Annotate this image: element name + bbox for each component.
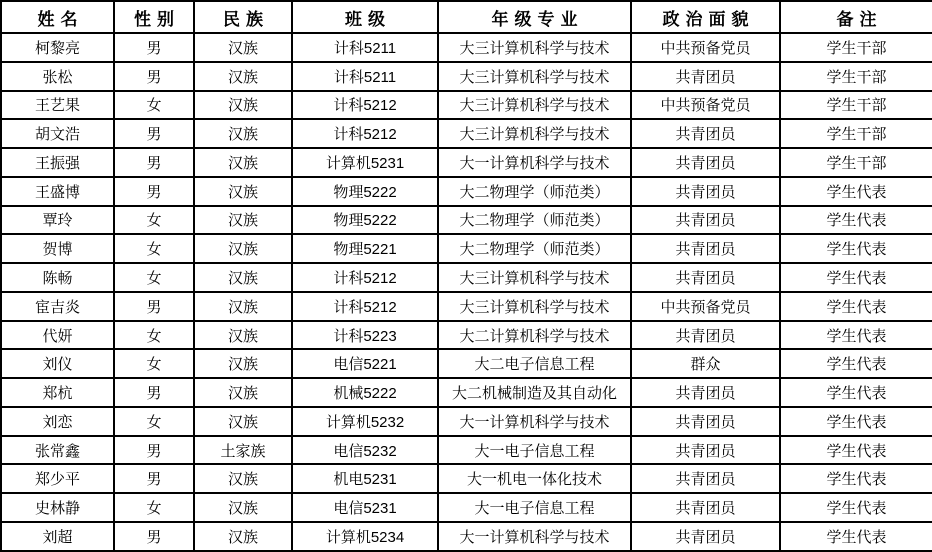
cell-ethnicity: 汉族	[194, 148, 292, 177]
cell-remark: 学生代表	[780, 206, 932, 235]
cell-class: 机械5222	[292, 378, 438, 407]
cell-political_status: 中共预备党员	[631, 91, 780, 120]
cell-class: 计科5212	[292, 91, 438, 120]
cell-political_status: 共青团员	[631, 62, 780, 91]
cell-gender: 女	[114, 349, 194, 378]
cell-grade_major: 大一电子信息工程	[438, 493, 631, 522]
cell-name: 陈畅	[1, 263, 114, 292]
cell-remark: 学生代表	[780, 436, 932, 465]
cell-class: 计算机5232	[292, 407, 438, 436]
cell-name: 史林静	[1, 493, 114, 522]
col-header-political-status: 政治面貌	[631, 1, 780, 33]
table-row: 史林静女汉族电信5231大一电子信息工程共青团员学生代表	[1, 493, 932, 522]
table-row: 郑少平男汉族机电5231大一机电一体化技术共青团员学生代表	[1, 464, 932, 493]
cell-name: 王振强	[1, 148, 114, 177]
cell-class: 计科5212	[292, 292, 438, 321]
cell-gender: 男	[114, 33, 194, 62]
col-header-gender: 性别	[114, 1, 194, 33]
cell-political_status: 共青团员	[631, 234, 780, 263]
cell-political_status: 共青团员	[631, 177, 780, 206]
table-row: 张松男汉族计科5211大三计算机科学与技术共青团员学生干部	[1, 62, 932, 91]
cell-remark: 学生代表	[780, 263, 932, 292]
table-row: 贺博女汉族物理5221大二物理学（师范类）共青团员学生代表	[1, 234, 932, 263]
header-row: 姓名 性别 民族 班级 年级专业 政治面貌 备注	[1, 1, 932, 33]
cell-ethnicity: 汉族	[194, 407, 292, 436]
table-row: 刘恋女汉族计算机5232大一计算机科学与技术共青团员学生代表	[1, 407, 932, 436]
cell-remark: 学生代表	[780, 464, 932, 493]
table-row: 代妍女汉族计科5223大二计算机科学与技术共青团员学生代表	[1, 321, 932, 350]
cell-gender: 女	[114, 321, 194, 350]
cell-class: 电信5232	[292, 436, 438, 465]
cell-remark: 学生干部	[780, 119, 932, 148]
cell-grade_major: 大三计算机科学与技术	[438, 91, 631, 120]
cell-grade_major: 大三计算机科学与技术	[438, 33, 631, 62]
cell-grade_major: 大二机械制造及其自动化	[438, 378, 631, 407]
cell-gender: 男	[114, 119, 194, 148]
cell-remark: 学生代表	[780, 234, 932, 263]
student-roster-table: 姓名 性别 民族 班级 年级专业 政治面貌 备注 柯黎亮男汉族计科5211大三计…	[0, 0, 932, 552]
cell-grade_major: 大二计算机科学与技术	[438, 321, 631, 350]
cell-grade_major: 大二物理学（师范类）	[438, 206, 631, 235]
table-row: 陈畅女汉族计科5212大三计算机科学与技术共青团员学生代表	[1, 263, 932, 292]
cell-remark: 学生干部	[780, 33, 932, 62]
cell-grade_major: 大三计算机科学与技术	[438, 263, 631, 292]
cell-class: 计算机5231	[292, 148, 438, 177]
cell-ethnicity: 汉族	[194, 33, 292, 62]
cell-ethnicity: 汉族	[194, 493, 292, 522]
cell-class: 物理5221	[292, 234, 438, 263]
cell-ethnicity: 土家族	[194, 436, 292, 465]
table-row: 张常鑫男土家族电信5232大一电子信息工程共青团员学生代表	[1, 436, 932, 465]
cell-gender: 男	[114, 522, 194, 551]
cell-ethnicity: 汉族	[194, 522, 292, 551]
cell-grade_major: 大二物理学（师范类）	[438, 234, 631, 263]
cell-gender: 女	[114, 493, 194, 522]
cell-political_status: 共青团员	[631, 119, 780, 148]
cell-political_status: 共青团员	[631, 148, 780, 177]
cell-political_status: 共青团员	[631, 206, 780, 235]
cell-ethnicity: 汉族	[194, 349, 292, 378]
cell-ethnicity: 汉族	[194, 91, 292, 120]
cell-grade_major: 大三计算机科学与技术	[438, 119, 631, 148]
cell-gender: 女	[114, 407, 194, 436]
cell-class: 计科5211	[292, 62, 438, 91]
table-row: 胡文浩男汉族计科5212大三计算机科学与技术共青团员学生干部	[1, 119, 932, 148]
cell-gender: 女	[114, 234, 194, 263]
cell-gender: 男	[114, 62, 194, 91]
table-row: 刘超男汉族计算机5234大一计算机科学与技术共青团员学生代表	[1, 522, 932, 551]
cell-remark: 学生代表	[780, 177, 932, 206]
table-body: 柯黎亮男汉族计科5211大三计算机科学与技术中共预备党员学生干部张松男汉族计科5…	[1, 33, 932, 551]
col-header-name: 姓名	[1, 1, 114, 33]
cell-political_status: 共青团员	[631, 407, 780, 436]
cell-political_status: 共青团员	[631, 321, 780, 350]
cell-political_status: 共青团员	[631, 493, 780, 522]
cell-class: 计科5211	[292, 33, 438, 62]
cell-name: 柯黎亮	[1, 33, 114, 62]
cell-name: 刘超	[1, 522, 114, 551]
cell-ethnicity: 汉族	[194, 321, 292, 350]
table-row: 柯黎亮男汉族计科5211大三计算机科学与技术中共预备党员学生干部	[1, 33, 932, 62]
cell-class: 物理5222	[292, 177, 438, 206]
cell-remark: 学生干部	[780, 148, 932, 177]
cell-gender: 男	[114, 436, 194, 465]
cell-name: 刘仪	[1, 349, 114, 378]
cell-name: 张松	[1, 62, 114, 91]
cell-gender: 男	[114, 148, 194, 177]
cell-name: 宦吉炎	[1, 292, 114, 321]
cell-political_status: 共青团员	[631, 522, 780, 551]
cell-remark: 学生代表	[780, 349, 932, 378]
cell-political_status: 共青团员	[631, 378, 780, 407]
cell-class: 计科5212	[292, 263, 438, 292]
cell-class: 电信5231	[292, 493, 438, 522]
cell-political_status: 共青团员	[631, 263, 780, 292]
col-header-remark: 备注	[780, 1, 932, 33]
cell-grade_major: 大二物理学（师范类）	[438, 177, 631, 206]
cell-gender: 男	[114, 292, 194, 321]
cell-grade_major: 大三计算机科学与技术	[438, 292, 631, 321]
table-row: 王盛博男汉族物理5222大二物理学（师范类）共青团员学生代表	[1, 177, 932, 206]
cell-ethnicity: 汉族	[194, 378, 292, 407]
table-row: 王艺果女汉族计科5212大三计算机科学与技术中共预备党员学生干部	[1, 91, 932, 120]
cell-ethnicity: 汉族	[194, 263, 292, 292]
cell-name: 代妍	[1, 321, 114, 350]
cell-gender: 男	[114, 464, 194, 493]
cell-ethnicity: 汉族	[194, 119, 292, 148]
table-row: 王振强男汉族计算机5231大一计算机科学与技术共青团员学生干部	[1, 148, 932, 177]
cell-name: 张常鑫	[1, 436, 114, 465]
cell-name: 王盛博	[1, 177, 114, 206]
cell-political_status: 共青团员	[631, 436, 780, 465]
cell-remark: 学生干部	[780, 62, 932, 91]
cell-class: 计科5212	[292, 119, 438, 148]
cell-name: 贺博	[1, 234, 114, 263]
cell-name: 郑少平	[1, 464, 114, 493]
cell-ethnicity: 汉族	[194, 177, 292, 206]
cell-political_status: 中共预备党员	[631, 33, 780, 62]
cell-remark: 学生代表	[780, 407, 932, 436]
cell-name: 胡文浩	[1, 119, 114, 148]
cell-name: 覃玲	[1, 206, 114, 235]
cell-grade_major: 大一计算机科学与技术	[438, 522, 631, 551]
cell-class: 计科5223	[292, 321, 438, 350]
cell-remark: 学生代表	[780, 292, 932, 321]
cell-gender: 女	[114, 91, 194, 120]
cell-political_status: 共青团员	[631, 464, 780, 493]
cell-grade_major: 大一电子信息工程	[438, 436, 631, 465]
cell-gender: 男	[114, 378, 194, 407]
col-header-grade-major: 年级专业	[438, 1, 631, 33]
cell-remark: 学生代表	[780, 321, 932, 350]
table-row: 刘仪女汉族电信5221大二电子信息工程群众学生代表	[1, 349, 932, 378]
cell-political_status: 群众	[631, 349, 780, 378]
table-row: 郑杭男汉族机械5222大二机械制造及其自动化共青团员学生代表	[1, 378, 932, 407]
cell-class: 计算机5234	[292, 522, 438, 551]
cell-class: 机电5231	[292, 464, 438, 493]
cell-ethnicity: 汉族	[194, 292, 292, 321]
cell-grade_major: 大二电子信息工程	[438, 349, 631, 378]
cell-name: 郑杭	[1, 378, 114, 407]
table-row: 覃玲女汉族物理5222大二物理学（师范类）共青团员学生代表	[1, 206, 932, 235]
cell-ethnicity: 汉族	[194, 464, 292, 493]
cell-class: 物理5222	[292, 206, 438, 235]
col-header-ethnicity: 民族	[194, 1, 292, 33]
cell-gender: 女	[114, 206, 194, 235]
table-row: 宦吉炎男汉族计科5212大三计算机科学与技术中共预备党员学生代表	[1, 292, 932, 321]
cell-remark: 学生代表	[780, 522, 932, 551]
cell-grade_major: 大三计算机科学与技术	[438, 62, 631, 91]
cell-remark: 学生干部	[780, 91, 932, 120]
cell-ethnicity: 汉族	[194, 62, 292, 91]
cell-name: 王艺果	[1, 91, 114, 120]
cell-gender: 女	[114, 263, 194, 292]
cell-political_status: 中共预备党员	[631, 292, 780, 321]
col-header-class: 班级	[292, 1, 438, 33]
cell-grade_major: 大一计算机科学与技术	[438, 148, 631, 177]
cell-grade_major: 大一计算机科学与技术	[438, 407, 631, 436]
cell-class: 电信5221	[292, 349, 438, 378]
cell-ethnicity: 汉族	[194, 234, 292, 263]
cell-gender: 男	[114, 177, 194, 206]
cell-remark: 学生代表	[780, 378, 932, 407]
cell-remark: 学生代表	[780, 493, 932, 522]
cell-grade_major: 大一机电一体化技术	[438, 464, 631, 493]
cell-name: 刘恋	[1, 407, 114, 436]
cell-ethnicity: 汉族	[194, 206, 292, 235]
